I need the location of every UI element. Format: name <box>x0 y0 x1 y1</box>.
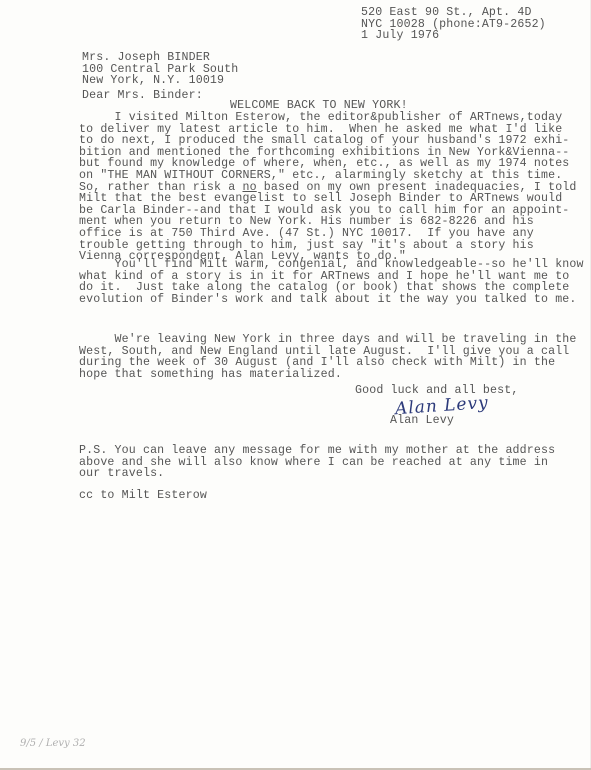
paragraph-3: We're leaving New York in three days and… <box>79 334 577 380</box>
typed-signer-name: Alan Levy <box>390 415 454 427</box>
paragraph-1: I visited Milton Esterow, the editor&pub… <box>79 112 577 263</box>
letter-page: 520 East 90 St., Apt. 4DNYC 10028 (phone… <box>0 0 591 770</box>
carbon-copy-line: cc to Milt Esterow <box>79 490 207 502</box>
postscript-line: our travels. <box>79 468 555 480</box>
pencil-annotation: 9/5 / Levy 32 <box>20 738 86 749</box>
recipient-name: Mrs. Joseph BINDER <box>82 52 238 64</box>
sender-address-block: 520 East 90 St., Apt. 4DNYC 10028 (phone… <box>361 7 546 42</box>
postscript-line: P.S. You can leave any message for me wi… <box>79 445 555 457</box>
paragraph-line: You'll find Milt warm, congenial, and kn… <box>79 259 584 271</box>
salutation: Dear Mrs. Binder: <box>82 90 203 102</box>
paragraph-line: evolution of Binder's work and talk abou… <box>79 294 584 306</box>
paragraph-line: hope that something has materialized. <box>79 369 577 381</box>
closing: Good luck and all best, <box>355 385 518 397</box>
recipient-address-block: Mrs. Joseph BINDER100 Central Park South… <box>82 52 238 87</box>
letter-date: 1 July 1976 <box>361 30 546 42</box>
paragraph-line: We're leaving New York in three days and… <box>79 334 577 346</box>
paragraph-line: I visited Milton Esterow, the editor&pub… <box>79 112 577 124</box>
letter-heading: WELCOME BACK TO NEW YORK! <box>230 100 408 112</box>
paragraph-line: office is at 750 Third Ave. (47 St.) NYC… <box>79 228 577 240</box>
recipient-city: New York, N.Y. 10019 <box>82 75 238 87</box>
sender-street: 520 East 90 St., Apt. 4D <box>361 7 546 19</box>
paragraph-line: Milt that the best evangelist to sell Jo… <box>79 193 577 205</box>
paragraph-2: You'll find Milt warm, congenial, and kn… <box>79 259 584 305</box>
postscript: P.S. You can leave any message for me wi… <box>79 445 555 480</box>
